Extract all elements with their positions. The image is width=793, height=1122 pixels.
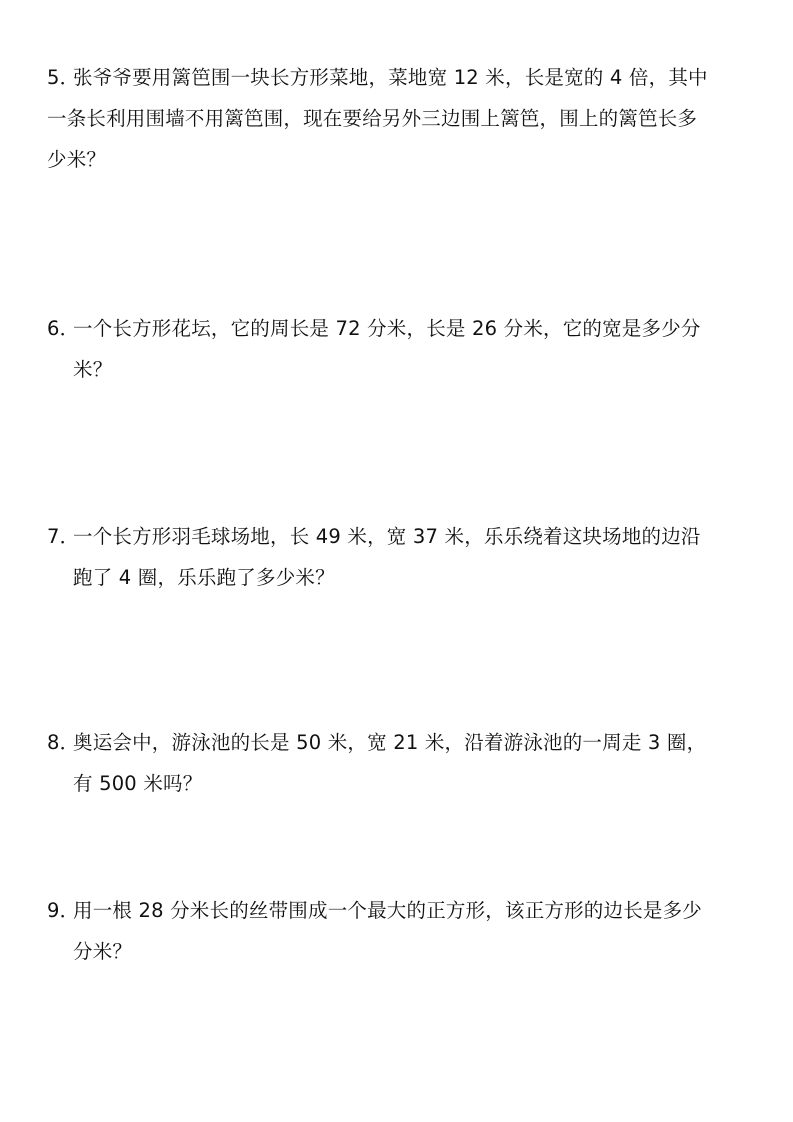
question-line: 6．一个长方形花坛，它的周长是 72 分米，长是 26 分米，它的宽是多少分 [47, 308, 757, 349]
question-line: 7．一个长方形羽毛球场地，长 49 米，宽 37 米，乐乐绕着这块场地的边沿 [47, 516, 757, 557]
question-7: 7．一个长方形羽毛球场地，长 49 米，宽 37 米，乐乐绕着这块场地的边沿 跑… [47, 516, 757, 598]
question-number: 5． [47, 57, 73, 98]
question-9: 9．用一根 28 分米长的丝带围成一个最大的正方形，该正方形的边长是多少 分米？ [47, 890, 757, 972]
question-text: 张爷爷要用篱笆围一块长方形菜地，菜地宽 12 米，长是宽的 4 倍，其中 [73, 66, 708, 89]
question-line: 8．奥运会中，游泳池的长是 50 米，宽 21 米，沿着游泳池的一周走 3 圈， [47, 722, 757, 763]
question-line: 一条长利用围墙不用篱笆围，现在要给另外三边围上篱笆，围上的篱笆长多 [47, 98, 757, 139]
question-line: 米？ [47, 349, 757, 390]
question-8: 8．奥运会中，游泳池的长是 50 米，宽 21 米，沿着游泳池的一周走 3 圈，… [47, 722, 757, 804]
question-line: 少米？ [47, 139, 757, 180]
question-number: 9． [47, 890, 73, 931]
question-number: 7． [47, 516, 73, 557]
question-text: 奥运会中，游泳池的长是 50 米，宽 21 米，沿着游泳池的一周走 3 圈， [73, 731, 706, 754]
question-line: 有 500 米吗？ [47, 763, 757, 804]
question-text: 一个长方形花坛，它的周长是 72 分米，长是 26 分米，它的宽是多少分 [73, 317, 701, 340]
question-5: 5．张爷爷要用篱笆围一块长方形菜地，菜地宽 12 米，长是宽的 4 倍，其中 一… [47, 57, 757, 180]
question-number: 8． [47, 722, 73, 763]
question-6: 6．一个长方形花坛，它的周长是 72 分米，长是 26 分米，它的宽是多少分 米… [47, 308, 757, 390]
question-number: 6． [47, 308, 73, 349]
question-line: 跑了 4 圈，乐乐跑了多少米？ [47, 557, 757, 598]
question-text: 一个长方形羽毛球场地，长 49 米，宽 37 米，乐乐绕着这块场地的边沿 [73, 525, 701, 548]
question-line: 分米？ [47, 931, 757, 972]
question-line: 5．张爷爷要用篱笆围一块长方形菜地，菜地宽 12 米，长是宽的 4 倍，其中 [47, 57, 757, 98]
question-text: 用一根 28 分米长的丝带围成一个最大的正方形，该正方形的边长是多少 [73, 899, 702, 922]
question-line: 9．用一根 28 分米长的丝带围成一个最大的正方形，该正方形的边长是多少 [47, 890, 757, 931]
